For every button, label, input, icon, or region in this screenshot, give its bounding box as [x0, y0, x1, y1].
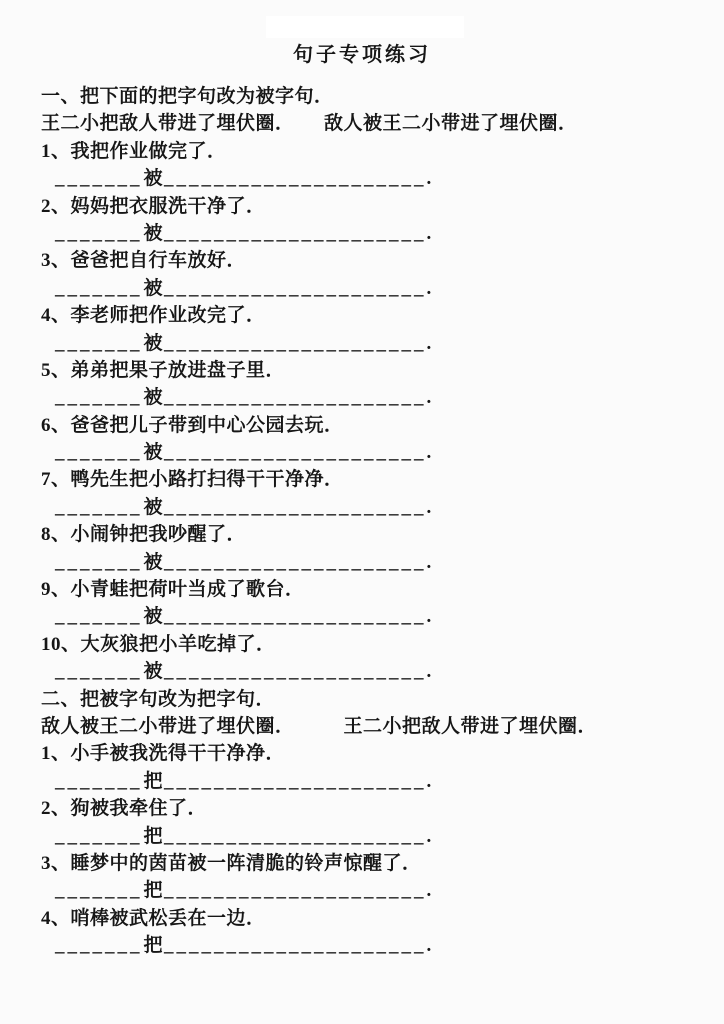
blank-underscores-right: _____________________ [164, 552, 427, 573]
exercise-sentence: 3、爸爸把自行车放好． [41, 247, 696, 274]
blank-underscores-right: _____________________ [164, 168, 427, 189]
blank-underscores-right: _____________________ [164, 606, 427, 627]
blank-underscores-right: _____________________ [164, 935, 427, 956]
blank-underscores-left: _______ [55, 333, 143, 354]
blank-keyword: 把 [143, 880, 165, 901]
blank-underscores-right: _____________________ [164, 771, 427, 792]
blank-period: . [427, 771, 432, 792]
blank-period: . [427, 826, 432, 847]
blank-keyword: 被 [143, 168, 165, 189]
blank-period: . [427, 497, 432, 518]
blank-period: . [427, 387, 432, 408]
blank-underscores-left: _______ [55, 278, 143, 299]
blank-keyword: 被 [143, 552, 165, 573]
blank-underscores-left: _______ [55, 387, 143, 408]
blank-underscores-left: _______ [55, 497, 143, 518]
blank-underscores-left: _______ [55, 442, 143, 463]
blank-period: . [427, 606, 432, 627]
blank-keyword: 被 [143, 606, 165, 627]
exercise-sentence: 8、小闹钟把我吵醒了． [41, 521, 696, 548]
answer-blank-line: _______被_____________________. [41, 494, 696, 521]
exercise-sentence: 3、睡梦中的茵苗被一阵清脆的铃声惊醒了． [41, 850, 696, 877]
section-heading: 一、把下面的把字句改为被字句． [41, 83, 696, 110]
answer-blank-line: _______被_____________________. [41, 549, 696, 576]
blank-period: . [427, 661, 432, 682]
answer-blank-line: _______被_____________________. [41, 330, 696, 357]
worksheet-content: 一、把下面的把字句改为被字句．王二小把敌人带进了埋伏圈． 敌人被王二小带进了埋伏… [0, 67, 724, 960]
answer-blank-line: _______把_____________________. [41, 877, 696, 904]
answer-blank-line: _______被_____________________. [41, 658, 696, 685]
blank-underscores-left: _______ [55, 826, 143, 847]
blank-underscores-right: _____________________ [164, 278, 427, 299]
blank-underscores-right: _____________________ [164, 661, 427, 682]
exercise-sentence: 4、哨棒被武松丢在一边． [41, 905, 696, 932]
blank-underscores-right: _____________________ [164, 497, 427, 518]
blank-keyword: 被 [143, 387, 165, 408]
blank-underscores-right: _____________________ [164, 442, 427, 463]
blank-underscores-right: _____________________ [164, 333, 427, 354]
answer-blank-line: _______被_____________________. [41, 439, 696, 466]
answer-blank-line: _______被_____________________. [41, 384, 696, 411]
scan-artifact-patch [266, 16, 464, 38]
blank-underscores-left: _______ [55, 168, 143, 189]
blank-underscores-left: _______ [55, 771, 143, 792]
answer-blank-line: _______把_____________________. [41, 768, 696, 795]
exercise-sentence: 9、小青蛙把荷叶当成了歌台． [41, 576, 696, 603]
section-example-sentences: 王二小把敌人带进了埋伏圈． 敌人被王二小带进了埋伏圈． [41, 110, 696, 137]
exercise-sentence: 2、妈妈把衣服洗干净了． [41, 193, 696, 220]
exercise-sentence: 1、小手被我洗得干干净净． [41, 740, 696, 767]
worksheet-page: 句子专项练习 一、把下面的把字句改为被字句．王二小把敌人带进了埋伏圈． 敌人被王… [0, 0, 724, 1024]
blank-period: . [427, 935, 432, 956]
blank-underscores-left: _______ [55, 935, 143, 956]
exercise-sentence: 6、爸爸把儿子带到中心公园去玩． [41, 412, 696, 439]
exercise-sentence: 4、李老师把作业改完了． [41, 302, 696, 329]
blank-period: . [427, 880, 432, 901]
exercise-sentence: 2、狗被我牵住了． [41, 795, 696, 822]
blank-keyword: 被 [143, 223, 165, 244]
blank-underscores-right: _____________________ [164, 387, 427, 408]
exercise-sentence: 1、我把作业做完了． [41, 138, 696, 165]
blank-underscores-left: _______ [55, 661, 143, 682]
blank-keyword: 被 [143, 497, 165, 518]
blank-keyword: 被 [143, 333, 165, 354]
blank-underscores-right: _____________________ [164, 223, 427, 244]
blank-underscores-left: _______ [55, 223, 143, 244]
answer-blank-line: _______把_____________________. [41, 932, 696, 959]
blank-underscores-right: _____________________ [164, 826, 427, 847]
blank-period: . [427, 278, 432, 299]
blank-period: . [427, 168, 432, 189]
exercise-sentence: 10、大灰狼把小羊吃掉了． [41, 631, 696, 658]
blank-keyword: 被 [143, 278, 165, 299]
blank-underscores-left: _______ [55, 606, 143, 627]
blank-keyword: 把 [143, 935, 165, 956]
answer-blank-line: _______被_____________________. [41, 603, 696, 630]
section-heading: 二、把被字句改为把字句． [41, 686, 696, 713]
answer-blank-line: _______把_____________________. [41, 823, 696, 850]
blank-period: . [427, 333, 432, 354]
blank-period: . [427, 552, 432, 573]
blank-period: . [427, 442, 432, 463]
blank-keyword: 被 [143, 442, 165, 463]
answer-blank-line: _______被_____________________. [41, 165, 696, 192]
blank-period: . [427, 223, 432, 244]
blank-keyword: 被 [143, 661, 165, 682]
blank-underscores-right: _____________________ [164, 880, 427, 901]
answer-blank-line: _______被_____________________. [41, 220, 696, 247]
exercise-sentence: 5、弟弟把果子放进盘子里． [41, 357, 696, 384]
answer-blank-line: _______被_____________________. [41, 275, 696, 302]
blank-keyword: 把 [143, 826, 165, 847]
section-example-sentences: 敌人被王二小带进了埋伏圈． 王二小把敌人带进了埋伏圈． [41, 713, 696, 740]
blank-underscores-left: _______ [55, 552, 143, 573]
blank-underscores-left: _______ [55, 880, 143, 901]
exercise-sentence: 7、鸭先生把小路打扫得干干净净． [41, 466, 696, 493]
blank-keyword: 把 [143, 771, 165, 792]
